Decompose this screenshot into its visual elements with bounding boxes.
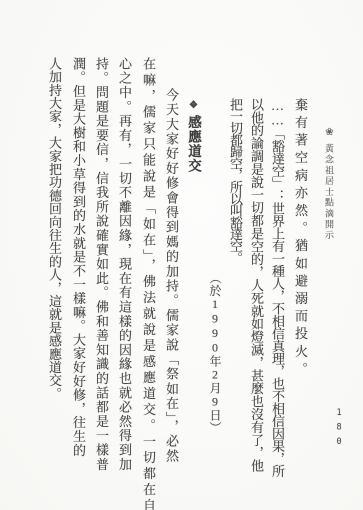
text-column: 心之中。再有，一切不離因緣，現在有這樣的因緣也就必然得到加: [114, 57, 134, 472]
text-column: 以他的論調是說一切都是空的，人死就如燈滅，甚麼也沒有了，他: [246, 98, 266, 472]
text-column: 在嘛，儒家只能說是「如在」，佛法就說是感應道交。一切都在自: [138, 57, 158, 510]
text-column: 持。問題是要信，信我所說確實如此。佛和善知識的話都是一樣普: [91, 57, 111, 472]
book-page: ❀黃念祖居士點滴開示 180 棄有著空病亦然。猶如避溺而投火。 ……「豁達空」：…: [0, 0, 363, 510]
flower-ornament-icon: ❀: [324, 127, 335, 140]
section-marker-icon: ❖: [188, 100, 199, 112]
section-heading: ❖感應道交: [183, 100, 203, 173]
text-column: 今天大家好好修會得到媽的加持。儒家說「祭如在」，必然: [161, 88, 181, 464]
text-column: 把一切都歸空，所以叫豁達空。: [225, 98, 245, 263]
date-note: （於1990年2月9日）: [205, 272, 225, 434]
running-header-title: 黃念祖居士點滴開示: [324, 144, 334, 241]
text-column: 潤。但是大樹和小草得到的水就是不一樣嘛。大家好好修，往生的: [68, 57, 88, 457]
running-header: ❀黃念祖居士點滴開示: [319, 127, 339, 241]
page-number: 180: [329, 408, 349, 452]
text-column: 棄有著空病亦然。猶如避溺而投火。: [290, 98, 310, 380]
text-column: ……「豁達空」：世界上有一種人，不相信真理，也不相信因果，所: [267, 98, 287, 477]
section-title: 感應道交: [186, 115, 201, 173]
text-column: 人加持大家，大家把功德回向往生的人，這就是感應道交。: [44, 57, 64, 400]
